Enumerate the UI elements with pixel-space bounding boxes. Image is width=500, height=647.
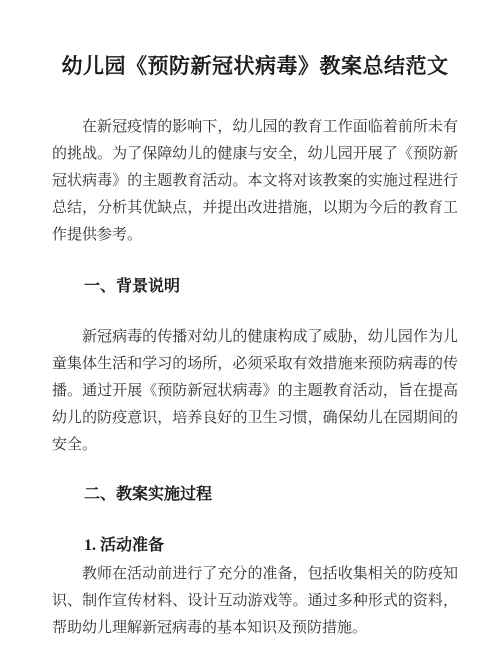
document-title: 幼儿园《预防新冠状病毒》教案总结范文 (52, 52, 458, 82)
intro-paragraph: 在新冠疫情的影响下，幼儿园的教育工作面临着前所未有的挑战。为了保障幼儿的健康与安… (52, 114, 458, 249)
preparation-paragraph: 教师在活动前进行了充分的准备，包括收集相关的防疫知识、制作宣传材料、设计互动游戏… (52, 561, 458, 642)
subsection-heading-preparation: 1. 活动准备 (52, 536, 458, 556)
background-paragraph: 新冠病毒的传播对幼儿的健康构成了威胁，幼儿园作为儿童集体生活和学习的场所，必须采… (52, 324, 458, 459)
section-heading-implementation: 二、教案实施过程 (52, 485, 458, 505)
section-heading-background: 一、背景说明 (52, 277, 458, 297)
document-page: 幼儿园《预防新冠状病毒》教案总结范文 在新冠疫情的影响下，幼儿园的教育工作面临着… (0, 0, 500, 647)
